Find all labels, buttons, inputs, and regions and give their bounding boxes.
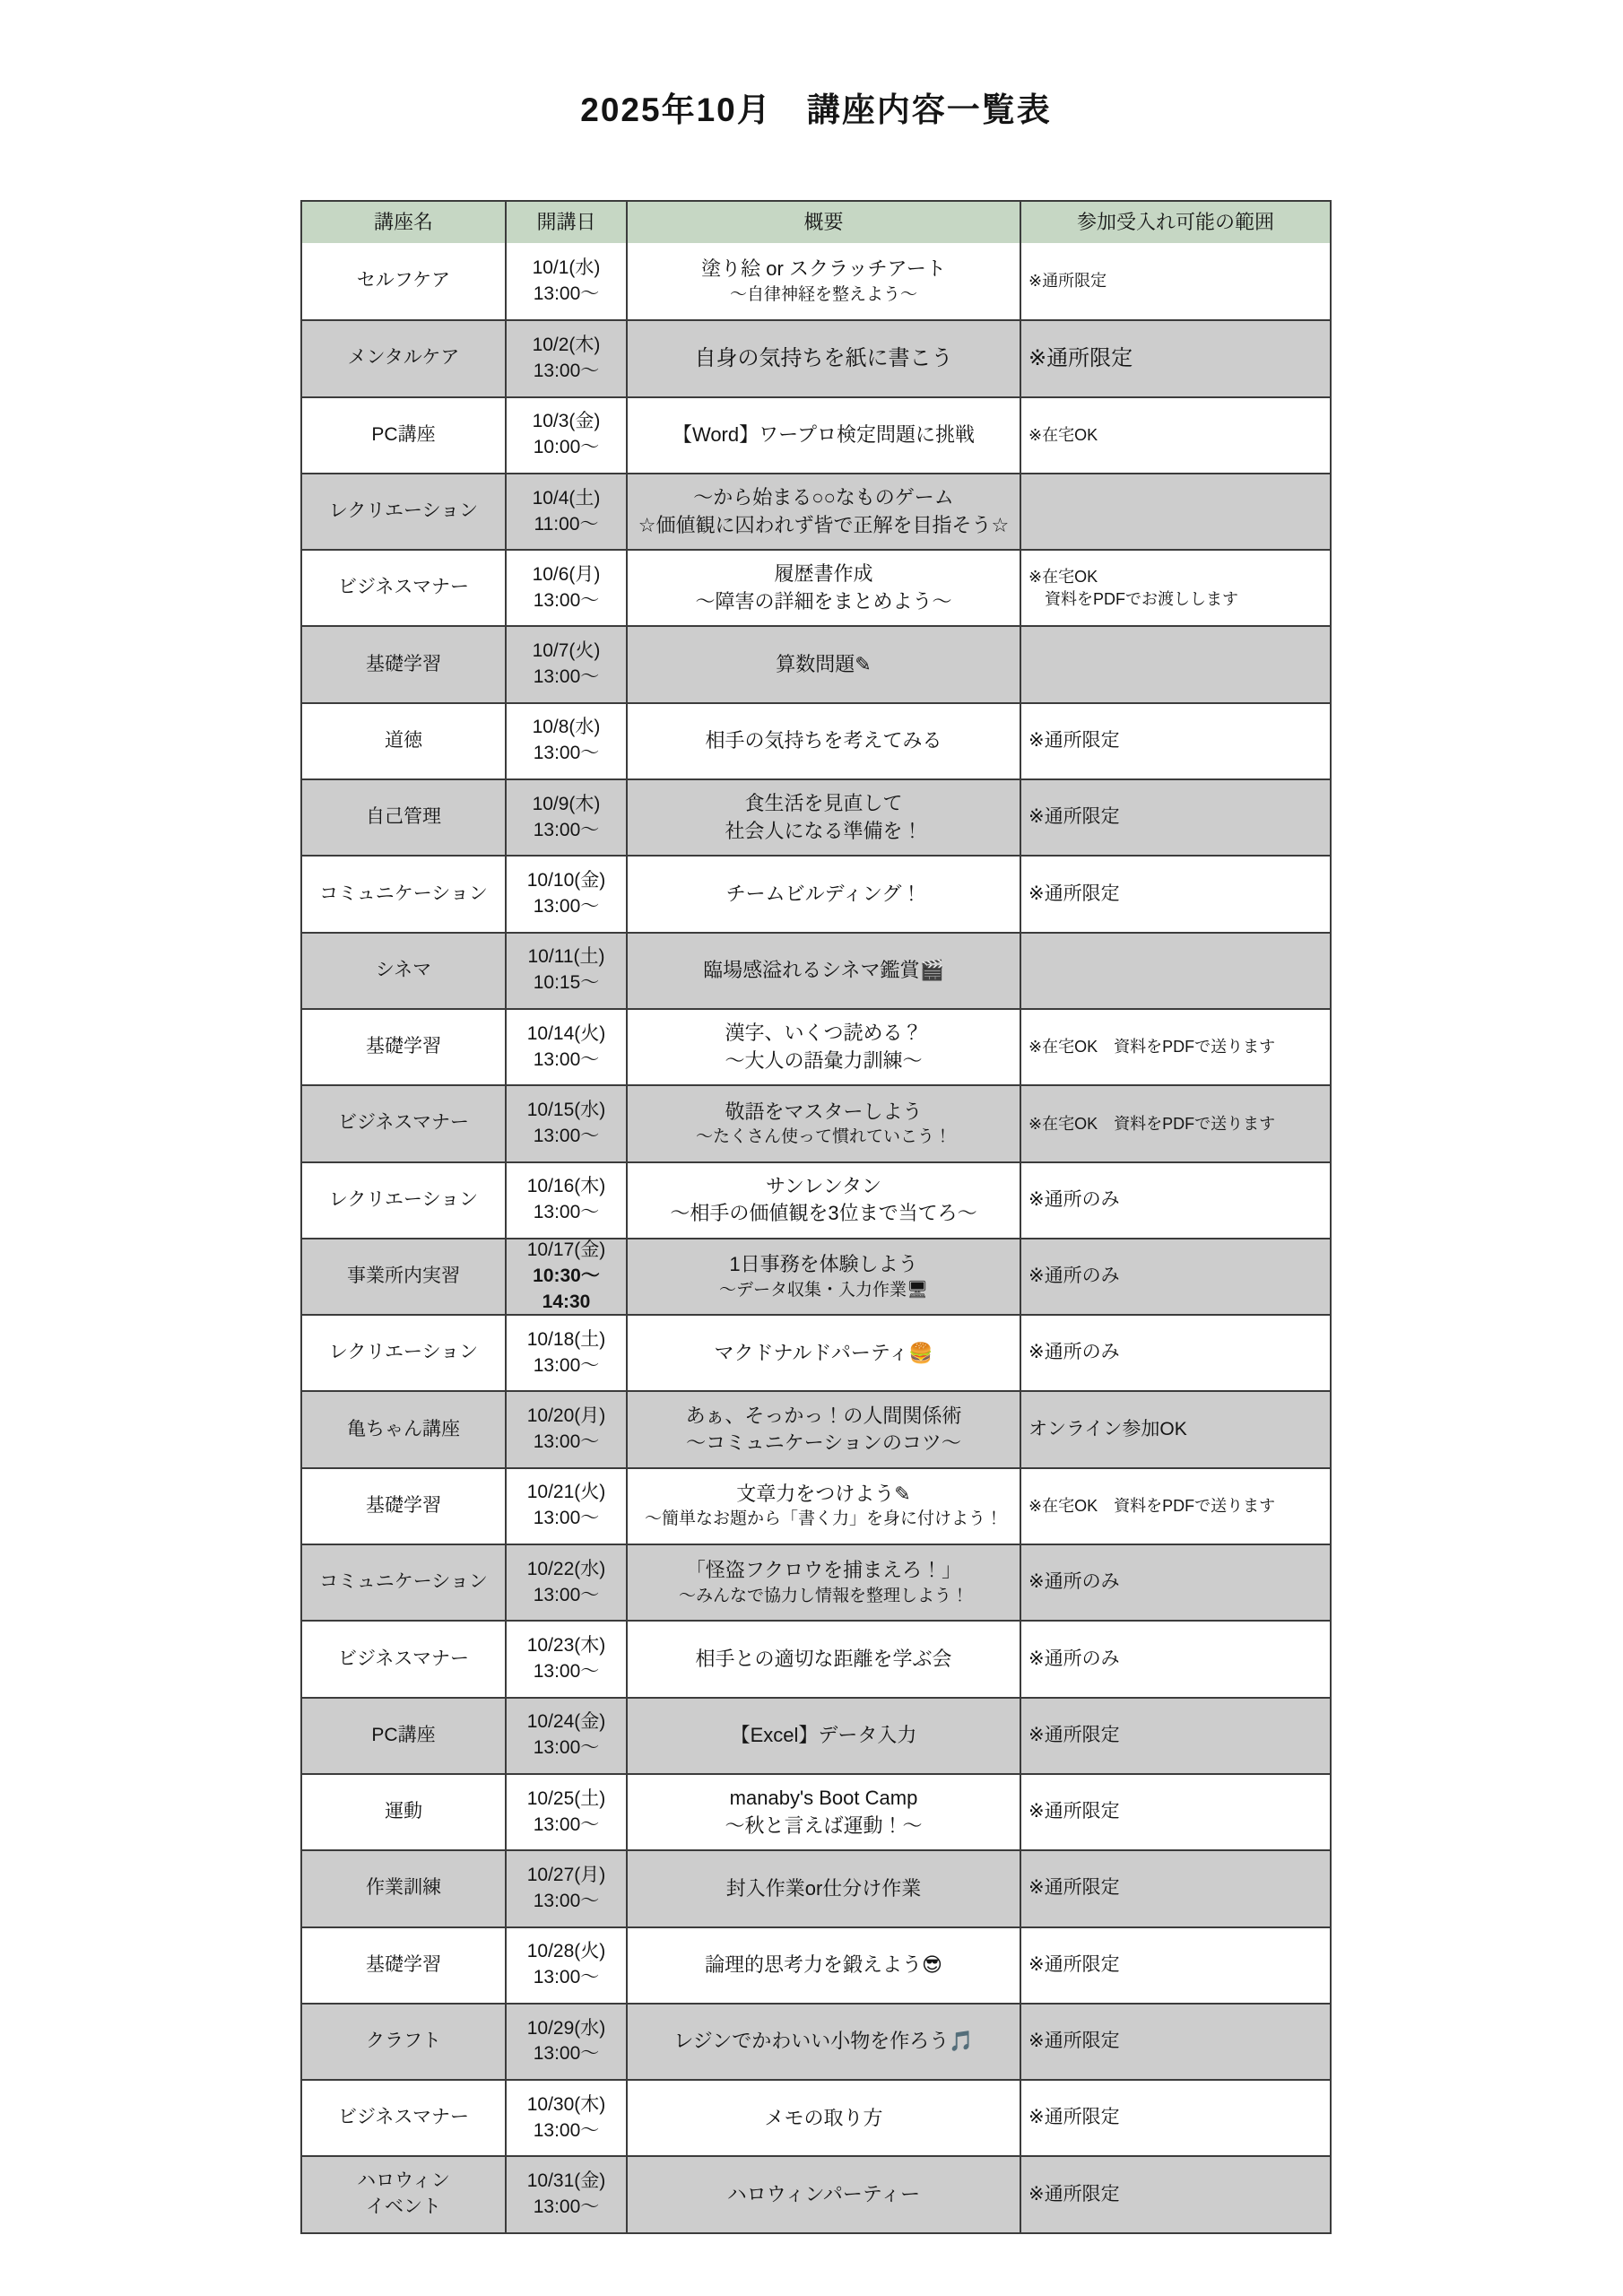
table-row: 道徳 10/8(水) 13:00～ 相手の気持ちを考えてみる ※通所限定: [302, 702, 1330, 778]
summary-cell: 相手の気持ちを考えてみる: [628, 704, 1021, 778]
date-line: 10/4(土): [533, 486, 601, 512]
time-line: 13:00～: [534, 741, 600, 767]
date-line: 10/10(金): [527, 868, 606, 894]
date-cell: 10/23(木) 13:00～: [507, 1622, 628, 1696]
range-cell: ※通所限定: [1021, 1699, 1330, 1773]
range-cell: ※通所限定: [1021, 1851, 1330, 1926]
summary-cell: 算数問題✎: [628, 627, 1021, 701]
summary-line: 履歴書作成: [774, 561, 872, 587]
range-cell: ※通所限定: [1021, 243, 1330, 319]
range-cell: ※通所限定: [1021, 321, 1330, 396]
summary-line: 【Word】ワープロ検定問題に挑戦: [673, 422, 975, 448]
summary-line: ハロウィンパーティー: [727, 2181, 920, 2208]
date-line: 10/24(金): [527, 1709, 606, 1735]
time-line: 13:00～: [534, 2118, 600, 2144]
table-row: コミュニケーション 10/10(金) 13:00～ チームビルディング！ ※通所…: [302, 855, 1330, 931]
date-line: 10/17(金): [527, 1239, 606, 1264]
time-line: 13:00～: [534, 1659, 600, 1685]
summary-line: 「怪盗フクロウを捕まえろ！」: [686, 1557, 961, 1584]
summary-line: ～障害の詳細をまとめよう～: [695, 588, 951, 615]
date-cell: 10/27(月) 13:00～: [507, 1851, 628, 1926]
course-name-cell: 基礎学習: [302, 1928, 507, 2003]
summary-line: 文章力をつけよう✎: [736, 1481, 910, 1508]
table-row: 作業訓練 10/27(月) 13:00～ 封入作業or仕分け作業 ※通所限定: [302, 1849, 1330, 1926]
date-line: 10/22(水): [527, 1557, 606, 1583]
date-line: 10/8(水): [533, 715, 601, 741]
course-name-cell: 運動: [302, 1775, 507, 1849]
time-line: 13:00～: [534, 1965, 600, 1991]
date-cell: 10/3(金) 10:00～: [507, 398, 628, 473]
summary-cell: 食生活を見直して社会人になる準備を！: [628, 780, 1021, 855]
table-row: 運動 10/25(土) 13:00～ manaby's Boot Camp～秋と…: [302, 1773, 1330, 1849]
summary-cell: 敬語をマスターしよう～たくさん使って慣れていこう！: [628, 1086, 1021, 1161]
date-line: 10/16(木): [527, 1174, 606, 1200]
table-row: コミュニケーション 10/22(水) 13:00～ 「怪盗フクロウを捕まえろ！」…: [302, 1544, 1330, 1620]
summary-line: ～相手の価値観を3位まで当てろ～: [670, 1200, 976, 1227]
summary-cell: レジンでかわいい小物を作ろう🎵: [628, 2005, 1021, 2079]
course-name-cell: 基礎学習: [302, 1469, 507, 1544]
course-name-cell: 基礎学習: [302, 627, 507, 701]
date-line: 10/27(月): [527, 1863, 606, 1889]
summary-line: 【Excel】データ入力: [731, 1722, 917, 1749]
course-name-cell: クラフト: [302, 2005, 507, 2079]
summary-line: ☆価値観に囚われず皆で正解を目指そう☆: [638, 512, 1009, 539]
table-row: セルフケア 10/1(水) 13:00～ 塗り絵 or スクラッチアート～自律神…: [302, 243, 1330, 319]
course-name-cell: 基礎学習: [302, 1010, 507, 1084]
date-line: 10/23(木): [527, 1633, 606, 1659]
summary-line: チームビルディング！: [726, 881, 922, 908]
time-line: 13:00～: [534, 1048, 600, 1074]
date-cell: 10/11(土) 10:15～: [507, 934, 628, 1008]
table-row: 基礎学習 10/28(火) 13:00～ 論理的思考力を鍛えよう😎 ※通所限定: [302, 1926, 1330, 2003]
table-row: 亀ちゃん講座 10/20(月) 13:00～ あぁ、そっかっ！の人間関係術～コミ…: [302, 1390, 1330, 1466]
time-line: 13:00～: [534, 665, 600, 691]
summary-line: ～コミュニケーションのコツ～: [686, 1430, 961, 1457]
summary-line: ～秋と言えば運動！～: [725, 1813, 922, 1839]
range-cell: ※通所限定: [1021, 857, 1330, 931]
range-cell: [1021, 934, 1330, 1008]
range-cell: ※在宅OK 資料をPDFで送ります: [1021, 1010, 1330, 1084]
table-row: 基礎学習 10/7(火) 13:00～ 算数問題✎: [302, 625, 1330, 701]
time-line: 10:00～: [534, 435, 600, 461]
header-summary: 概要: [628, 202, 1021, 243]
table-row: ビジネスマナー 10/6(月) 13:00～ 履歴書作成～障害の詳細をまとめよう…: [302, 549, 1330, 625]
course-name-cell: レクリエーション: [302, 474, 507, 549]
time-line: 13:00～: [534, 588, 600, 614]
range-cell: オンライン参加OK: [1021, 1392, 1330, 1466]
date-cell: 10/6(月) 13:00～: [507, 551, 628, 625]
time-line: 13:00～: [534, 1430, 600, 1456]
date-line: 10/29(水): [527, 2016, 606, 2042]
summary-line: ～大人の語彙力訓練～: [725, 1048, 922, 1074]
range-cell: ※通所限定: [1021, 780, 1330, 855]
time-line: 13:00～: [534, 1735, 600, 1761]
course-name-cell: 自己管理: [302, 780, 507, 855]
date-cell: 10/24(金) 13:00～: [507, 1699, 628, 1773]
table-row: ビジネスマナー 10/15(水) 13:00～ 敬語をマスターしよう～たくさん使…: [302, 1084, 1330, 1161]
course-name-cell: セルフケア: [302, 243, 507, 319]
time-line: 10:30～14:30: [510, 1264, 622, 1314]
summary-cell: 自身の気持ちを紙に書こう: [628, 321, 1021, 396]
date-line: 10/9(木): [533, 792, 601, 818]
date-cell: 10/17(金) 10:30～14:30: [507, 1239, 628, 1314]
time-line: 13:00～: [534, 1583, 600, 1609]
range-cell: ※通所限定: [1021, 2157, 1330, 2231]
date-line: 10/6(月): [533, 562, 601, 588]
date-cell: 10/21(火) 13:00～: [507, 1469, 628, 1544]
summary-cell: 【Excel】データ入力: [628, 1699, 1021, 1773]
summary-cell: 【Word】ワープロ検定問題に挑戦: [628, 398, 1021, 473]
time-line: 13:00～: [534, 2195, 600, 2221]
table-row: シネマ 10/11(土) 10:15～ 臨場感溢れるシネマ鑑賞🎬: [302, 932, 1330, 1008]
time-line: 13:00～: [534, 818, 600, 844]
table-header-row: 講座名 開講日 概要 参加受入れ可能の範囲: [302, 202, 1330, 243]
table-row: レクリエーション 10/4(土) 11:00～ ～から始まる○○なものゲーム☆価…: [302, 473, 1330, 549]
date-line: 10/21(火): [527, 1480, 606, 1506]
course-table: 講座名 開講日 概要 参加受入れ可能の範囲 セルフケア 10/1(水) 13:0…: [300, 200, 1332, 2234]
summary-line: レジンでかわいい小物を作ろう🎵: [673, 2028, 973, 2055]
range-cell: ※通所のみ: [1021, 1163, 1330, 1238]
date-cell: 10/16(木) 13:00～: [507, 1163, 628, 1238]
course-name-cell: レクリエーション: [302, 1163, 507, 1238]
summary-line: 1日事務を体験しよう: [729, 1251, 917, 1278]
date-line: 10/20(月): [527, 1404, 606, 1430]
course-name-cell: 道徳: [302, 704, 507, 778]
course-name-cell: シネマ: [302, 934, 507, 1008]
summary-cell: マクドナルドパーティ🍔: [628, 1316, 1021, 1390]
summary-cell: 相手との適切な距離を学ぶ会: [628, 1622, 1021, 1696]
date-line: 10/15(水): [527, 1098, 606, 1124]
range-cell: [1021, 627, 1330, 701]
summary-cell: 履歴書作成～障害の詳細をまとめよう～: [628, 551, 1021, 625]
header-course-name: 講座名: [302, 202, 507, 243]
summary-line: ～から始まる○○なものゲーム: [693, 484, 954, 511]
course-name-cell: PC講座: [302, 1699, 507, 1773]
range-cell: ※在宅OK 資料をPDFで送ります: [1021, 1086, 1330, 1161]
summary-cell: 塗り絵 or スクラッチアート～自律神経を整えよう～: [628, 243, 1021, 319]
summary-line: 論理的思考力を鍛えよう😎: [705, 1952, 942, 1979]
range-cell: ※通所のみ: [1021, 1316, 1330, 1390]
course-name-cell: 亀ちゃん講座: [302, 1392, 507, 1466]
summary-line: 漢字、いくつ読める？: [725, 1020, 922, 1047]
time-line: 10:15～: [534, 970, 600, 996]
course-name-cell: ビジネスマナー: [302, 551, 507, 625]
date-cell: 10/7(火) 13:00～: [507, 627, 628, 701]
summary-cell: あぁ、そっかっ！の人間関係術～コミュニケーションのコツ～: [628, 1392, 1021, 1466]
page-title: 2025年10月 講座内容一覧表: [300, 83, 1332, 131]
table-row: PC講座 10/3(金) 10:00～ 【Word】ワープロ検定問題に挑戦 ※在…: [302, 396, 1330, 473]
summary-line: 相手の気持ちを考えてみる: [705, 727, 942, 754]
range-cell: ※通所限定: [1021, 704, 1330, 778]
date-line: 10/7(火): [533, 639, 601, 665]
table-row: ビジネスマナー 10/30(木) 13:00～ メモの取り方 ※通所限定: [302, 2079, 1330, 2155]
date-line: 10/11(土): [528, 944, 605, 970]
date-line: 10/1(水): [533, 256, 601, 282]
time-line: 13:00～: [534, 1353, 600, 1379]
summary-line: 自身の気持ちを紙に書こう: [695, 344, 953, 373]
date-cell: 10/1(水) 13:00～: [507, 243, 628, 319]
range-cell: ※通所限定: [1021, 2081, 1330, 2155]
course-name-cell: ハロウィン イベント: [302, 2157, 507, 2231]
date-line: 10/30(木): [527, 2092, 606, 2118]
summary-line: 相手との適切な距離を学ぶ会: [695, 1646, 951, 1673]
summary-line: 敬語をマスターしよう: [725, 1099, 922, 1126]
time-line: 13:00～: [534, 894, 600, 920]
summary-line: 塗り絵 or スクラッチアート: [701, 256, 946, 283]
summary-line: 社会人になる準備を！: [725, 818, 922, 845]
date-cell: 10/10(金) 13:00～: [507, 857, 628, 931]
table-row: 基礎学習 10/14(火) 13:00～ 漢字、いくつ読める？～大人の語彙力訓練…: [302, 1008, 1330, 1084]
summary-line: マクドナルドパーティ🍔: [714, 1340, 933, 1367]
summary-cell: 文章力をつけよう✎～簡単なお題から「書く力」を身に付けよう！: [628, 1469, 1021, 1544]
summary-line: ～簡単なお題から「書く力」を身に付けよう！: [645, 1508, 1002, 1531]
table-row: 自己管理 10/9(木) 13:00～ 食生活を見直して社会人になる準備を！ ※…: [302, 778, 1330, 855]
time-line: 11:00～: [534, 512, 599, 538]
summary-line: サンレンタン: [766, 1173, 881, 1200]
course-name-cell: レクリエーション: [302, 1316, 507, 1390]
date-cell: 10/20(月) 13:00～: [507, 1392, 628, 1466]
summary-line: ～たくさん使って慣れていこう！: [696, 1126, 951, 1149]
date-cell: 10/22(水) 13:00～: [507, 1545, 628, 1620]
range-cell: ※通所のみ: [1021, 1239, 1330, 1314]
course-name-cell: ビジネスマナー: [302, 1622, 507, 1696]
summary-line: 臨場感溢れるシネマ鑑賞🎬: [703, 957, 944, 984]
summary-cell: 1日事務を体験しよう～データ収集・入力作業🖥: [628, 1239, 1021, 1314]
summary-line: ～みんなで協力し情報を整理しよう！: [679, 1585, 968, 1608]
time-line: 13:00～: [534, 2041, 600, 2067]
date-line: 10/31(金): [527, 2169, 606, 2195]
date-cell: 10/2(木) 13:00～: [507, 321, 628, 396]
course-name-cell: ビジネスマナー: [302, 1086, 507, 1161]
course-name-cell: 作業訓練: [302, 1851, 507, 1926]
time-line: 13:00～: [534, 1200, 600, 1226]
range-cell: ※通所限定: [1021, 2005, 1330, 2079]
summary-cell: 「怪盗フクロウを捕まえろ！」～みんなで協力し情報を整理しよう！: [628, 1545, 1021, 1620]
date-cell: 10/4(土) 11:00～: [507, 474, 628, 549]
date-cell: 10/14(火) 13:00～: [507, 1010, 628, 1084]
range-cell: [1021, 474, 1330, 549]
range-cell: ※通所のみ: [1021, 1545, 1330, 1620]
date-line: 10/2(木): [533, 333, 601, 359]
time-line: 13:00～: [534, 282, 600, 308]
summary-line: 算数問題✎: [776, 651, 871, 678]
summary-line: ～データ収集・入力作業🖥: [719, 1279, 928, 1302]
summary-line: manaby's Boot Camp: [730, 1785, 918, 1812]
time-line: 13:00～: [534, 1506, 600, 1532]
table-row: ハロウィン イベント 10/31(金) 13:00～ ハロウィンパーティー ※通…: [302, 2155, 1330, 2231]
summary-cell: 漢字、いくつ読める？～大人の語彙力訓練～: [628, 1010, 1021, 1084]
time-line: 13:00～: [534, 1889, 600, 1915]
course-name-cell: コミュニケーション: [302, 857, 507, 931]
summary-cell: 臨場感溢れるシネマ鑑賞🎬: [628, 934, 1021, 1008]
page-root: { "page": { "title": "2025年10月 講座内容一覧表" …: [0, 0, 1623, 2296]
summary-cell: ハロウィンパーティー: [628, 2157, 1021, 2231]
date-cell: 10/25(土) 13:00～: [507, 1775, 628, 1849]
header-start-date: 開講日: [507, 202, 628, 243]
date-line: 10/28(火): [527, 1939, 606, 1965]
table-row: クラフト 10/29(水) 13:00～ レジンでかわいい小物を作ろう🎵 ※通所…: [302, 2003, 1330, 2079]
date-cell: 10/29(水) 13:00～: [507, 2005, 628, 2079]
summary-line: 封入作業or仕分け作業: [726, 1875, 922, 1902]
range-cell: ※通所限定: [1021, 1928, 1330, 2003]
date-line: 10/3(金): [533, 409, 601, 435]
date-line: 10/14(火): [527, 1022, 606, 1048]
range-cell: ※在宅OK: [1021, 398, 1330, 473]
range-cell: ※在宅OK 資料をPDFで送ります: [1021, 1469, 1330, 1544]
time-line: 13:00～: [534, 1124, 600, 1150]
date-cell: 10/30(木) 13:00～: [507, 2081, 628, 2155]
summary-cell: 論理的思考力を鍛えよう😎: [628, 1928, 1021, 2003]
summary-cell: 封入作業or仕分け作業: [628, 1851, 1021, 1926]
course-name-cell: ビジネスマナー: [302, 2081, 507, 2155]
date-line: 10/18(土): [527, 1327, 606, 1353]
time-line: 13:00～: [534, 359, 600, 385]
summary-cell: ～から始まる○○なものゲーム☆価値観に囚われず皆で正解を目指そう☆: [628, 474, 1021, 549]
course-table-body: セルフケア 10/1(水) 13:00～ 塗り絵 or スクラッチアート～自律神…: [302, 243, 1330, 2232]
summary-line: あぁ、そっかっ！の人間関係術: [686, 1403, 962, 1430]
summary-line: 食生活を見直して: [744, 790, 902, 817]
table-row: 基礎学習 10/21(火) 13:00～ 文章力をつけよう✎～簡単なお題から「書…: [302, 1467, 1330, 1544]
summary-cell: サンレンタン～相手の価値観を3位まで当てろ～: [628, 1163, 1021, 1238]
date-cell: 10/18(土) 13:00～: [507, 1316, 628, 1390]
date-cell: 10/28(火) 13:00～: [507, 1928, 628, 2003]
table-row: レクリエーション 10/18(土) 13:00～ マクドナルドパーティ🍔 ※通所…: [302, 1314, 1330, 1390]
date-cell: 10/31(金) 13:00～: [507, 2157, 628, 2231]
date-cell: 10/8(水) 13:00～: [507, 704, 628, 778]
header-participation-range: 参加受入れ可能の範囲: [1021, 202, 1330, 243]
table-row: メンタルケア 10/2(木) 13:00～ 自身の気持ちを紙に書こう ※通所限定: [302, 319, 1330, 396]
summary-line: ～自律神経を整えよう～: [730, 283, 917, 307]
summary-cell: manaby's Boot Camp～秋と言えば運動！～: [628, 1775, 1021, 1849]
range-cell: ※在宅OK 資料をPDFでお渡しします: [1021, 551, 1330, 625]
time-line: 13:00～: [534, 1813, 600, 1839]
course-name-cell: 事業所内実習: [302, 1239, 507, 1314]
date-cell: 10/9(木) 13:00～: [507, 780, 628, 855]
summary-cell: チームビルディング！: [628, 857, 1021, 931]
date-line: 10/25(土): [527, 1787, 606, 1813]
table-row: PC講座 10/24(金) 13:00～ 【Excel】データ入力 ※通所限定: [302, 1697, 1330, 1773]
range-cell: ※通所限定: [1021, 1775, 1330, 1849]
range-cell: ※通所のみ: [1021, 1622, 1330, 1696]
date-cell: 10/15(水) 13:00～: [507, 1086, 628, 1161]
table-row: レクリエーション 10/16(木) 13:00～ サンレンタン～相手の価値観を3…: [302, 1161, 1330, 1238]
table-row: 事業所内実習 10/17(金) 10:30～14:30 1日事務を体験しよう～デ…: [302, 1238, 1330, 1314]
course-name-cell: PC講座: [302, 398, 507, 473]
table-row: ビジネスマナー 10/23(木) 13:00～ 相手との適切な距離を学ぶ会 ※通…: [302, 1620, 1330, 1696]
summary-cell: メモの取り方: [628, 2081, 1021, 2155]
course-name-cell: メンタルケア: [302, 321, 507, 396]
summary-line: メモの取り方: [764, 2105, 882, 2132]
course-name-cell: コミュニケーション: [302, 1545, 507, 1620]
